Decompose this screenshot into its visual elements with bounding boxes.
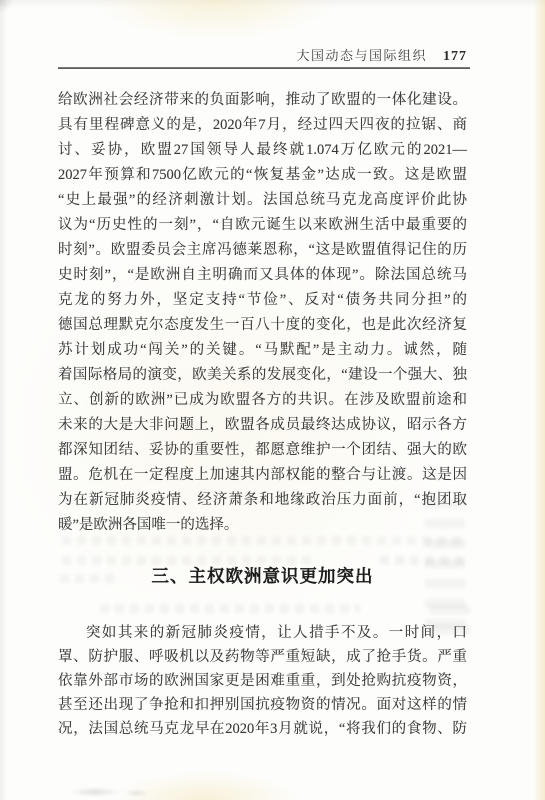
text-line: 议为“历史性的一刻”，“自欧元诞生以来欧洲生活中最重要的 bbox=[58, 213, 467, 238]
text-line: 况，法国总统马克龙早在2020年3月就说，“将我们的食物、防 bbox=[58, 717, 467, 741]
text-line: 史时刻”，“是欧洲自主明确而又具体的体现”。除法国总统马 bbox=[58, 263, 467, 288]
bleed-through-artifact bbox=[100, 604, 360, 613]
text-line: 2027年预算和7500亿欧元的“恢复基金”达成一致。这是欧盟 bbox=[58, 163, 467, 188]
text-line: 给欧洲社会经济带来的负面影响，推动了欧盟的一体化建设。 bbox=[58, 88, 467, 113]
page-header: 大国动态与国际组织 177 bbox=[58, 45, 467, 65]
text-line: 未来的大是大非问题上，欧盟各成员最终达成协议，昭示各方 bbox=[58, 413, 467, 438]
text-line: “史上最强”的经济刺激计划。法国总统马克龙高度评价此协 bbox=[58, 188, 467, 213]
text-line: 甚至还出现了争抢和扣押别国抗疫物资的情况。面对这样的情 bbox=[58, 693, 467, 717]
header-rule bbox=[58, 67, 470, 69]
text-line: 突如其来的新冠肺炎疫情，让人措手不及。一时间，口 bbox=[58, 621, 467, 645]
text-line: 为在新冠肺炎疫情、经济萧条和地缘政治压力面前，“抱团取 bbox=[58, 488, 467, 513]
paragraph-2: 突如其来的新冠肺炎疫情，让人措手不及。一时间，口 罩、防护服、呼吸机以及药物等严… bbox=[58, 621, 467, 741]
text-line: 依靠外部市场的欧洲国家更是困难重重，到处抢购抗疫物资， bbox=[58, 669, 467, 693]
page-number: 177 bbox=[443, 49, 467, 65]
text-line: 都深知团结、妥协的重要性，都愿意维护一个团结、强大的欧 bbox=[58, 438, 467, 463]
text-line: 克龙的努力外，坚定支持“节俭”、反对“债务共同分担”的 bbox=[58, 288, 467, 313]
text-line: 着国际格局的演变，欧美关系的发展变化，“建设一个强大、独 bbox=[58, 363, 467, 388]
paragraph-1: 给欧洲社会经济带来的负面影响，推动了欧盟的一体化建设。 具有里程碑意义的是，20… bbox=[58, 88, 467, 538]
text-line: 暖”是欧洲各国唯一的选择。 bbox=[58, 513, 467, 538]
text-line: 苏计划成功“闯关”的关键。“马默配”是主动力。诚然，随 bbox=[58, 338, 467, 363]
text-line: 具有里程碑意义的是，2020年7月，经过四天四夜的拉锯、商 bbox=[58, 113, 467, 138]
text-line: 盟。危机在一定程度上加速其内部权能的整合与让渡。这是因 bbox=[58, 463, 467, 488]
text-line: 时刻”。欧盟委员会主席冯德莱恩称，“这是欧盟值得记住的历 bbox=[58, 238, 467, 263]
section-heading: 三、主权欧洲意识更加突出 bbox=[58, 563, 467, 589]
text-line: 德国总理默克尔态度发生一百八十度的变化，也是此次经济复 bbox=[58, 313, 467, 338]
book-page: 大国动态与国际组织 177 给欧洲社会经济带来的负面影响，推动了欧盟的一体化建设… bbox=[0, 0, 545, 800]
running-title: 大国动态与国际组织 bbox=[296, 45, 427, 64]
text-line: 立、创新的欧洲”已成为欧盟各方的共识。在涉及欧盟前途和 bbox=[58, 388, 467, 413]
text-line: 讨、妥协，欧盟27国领导人最终就1.074万亿欧元的2021— bbox=[58, 138, 467, 163]
text-line: 罩、防护服、呼吸机以及药物等严重短缺，成了抢手货。严重 bbox=[58, 645, 467, 669]
